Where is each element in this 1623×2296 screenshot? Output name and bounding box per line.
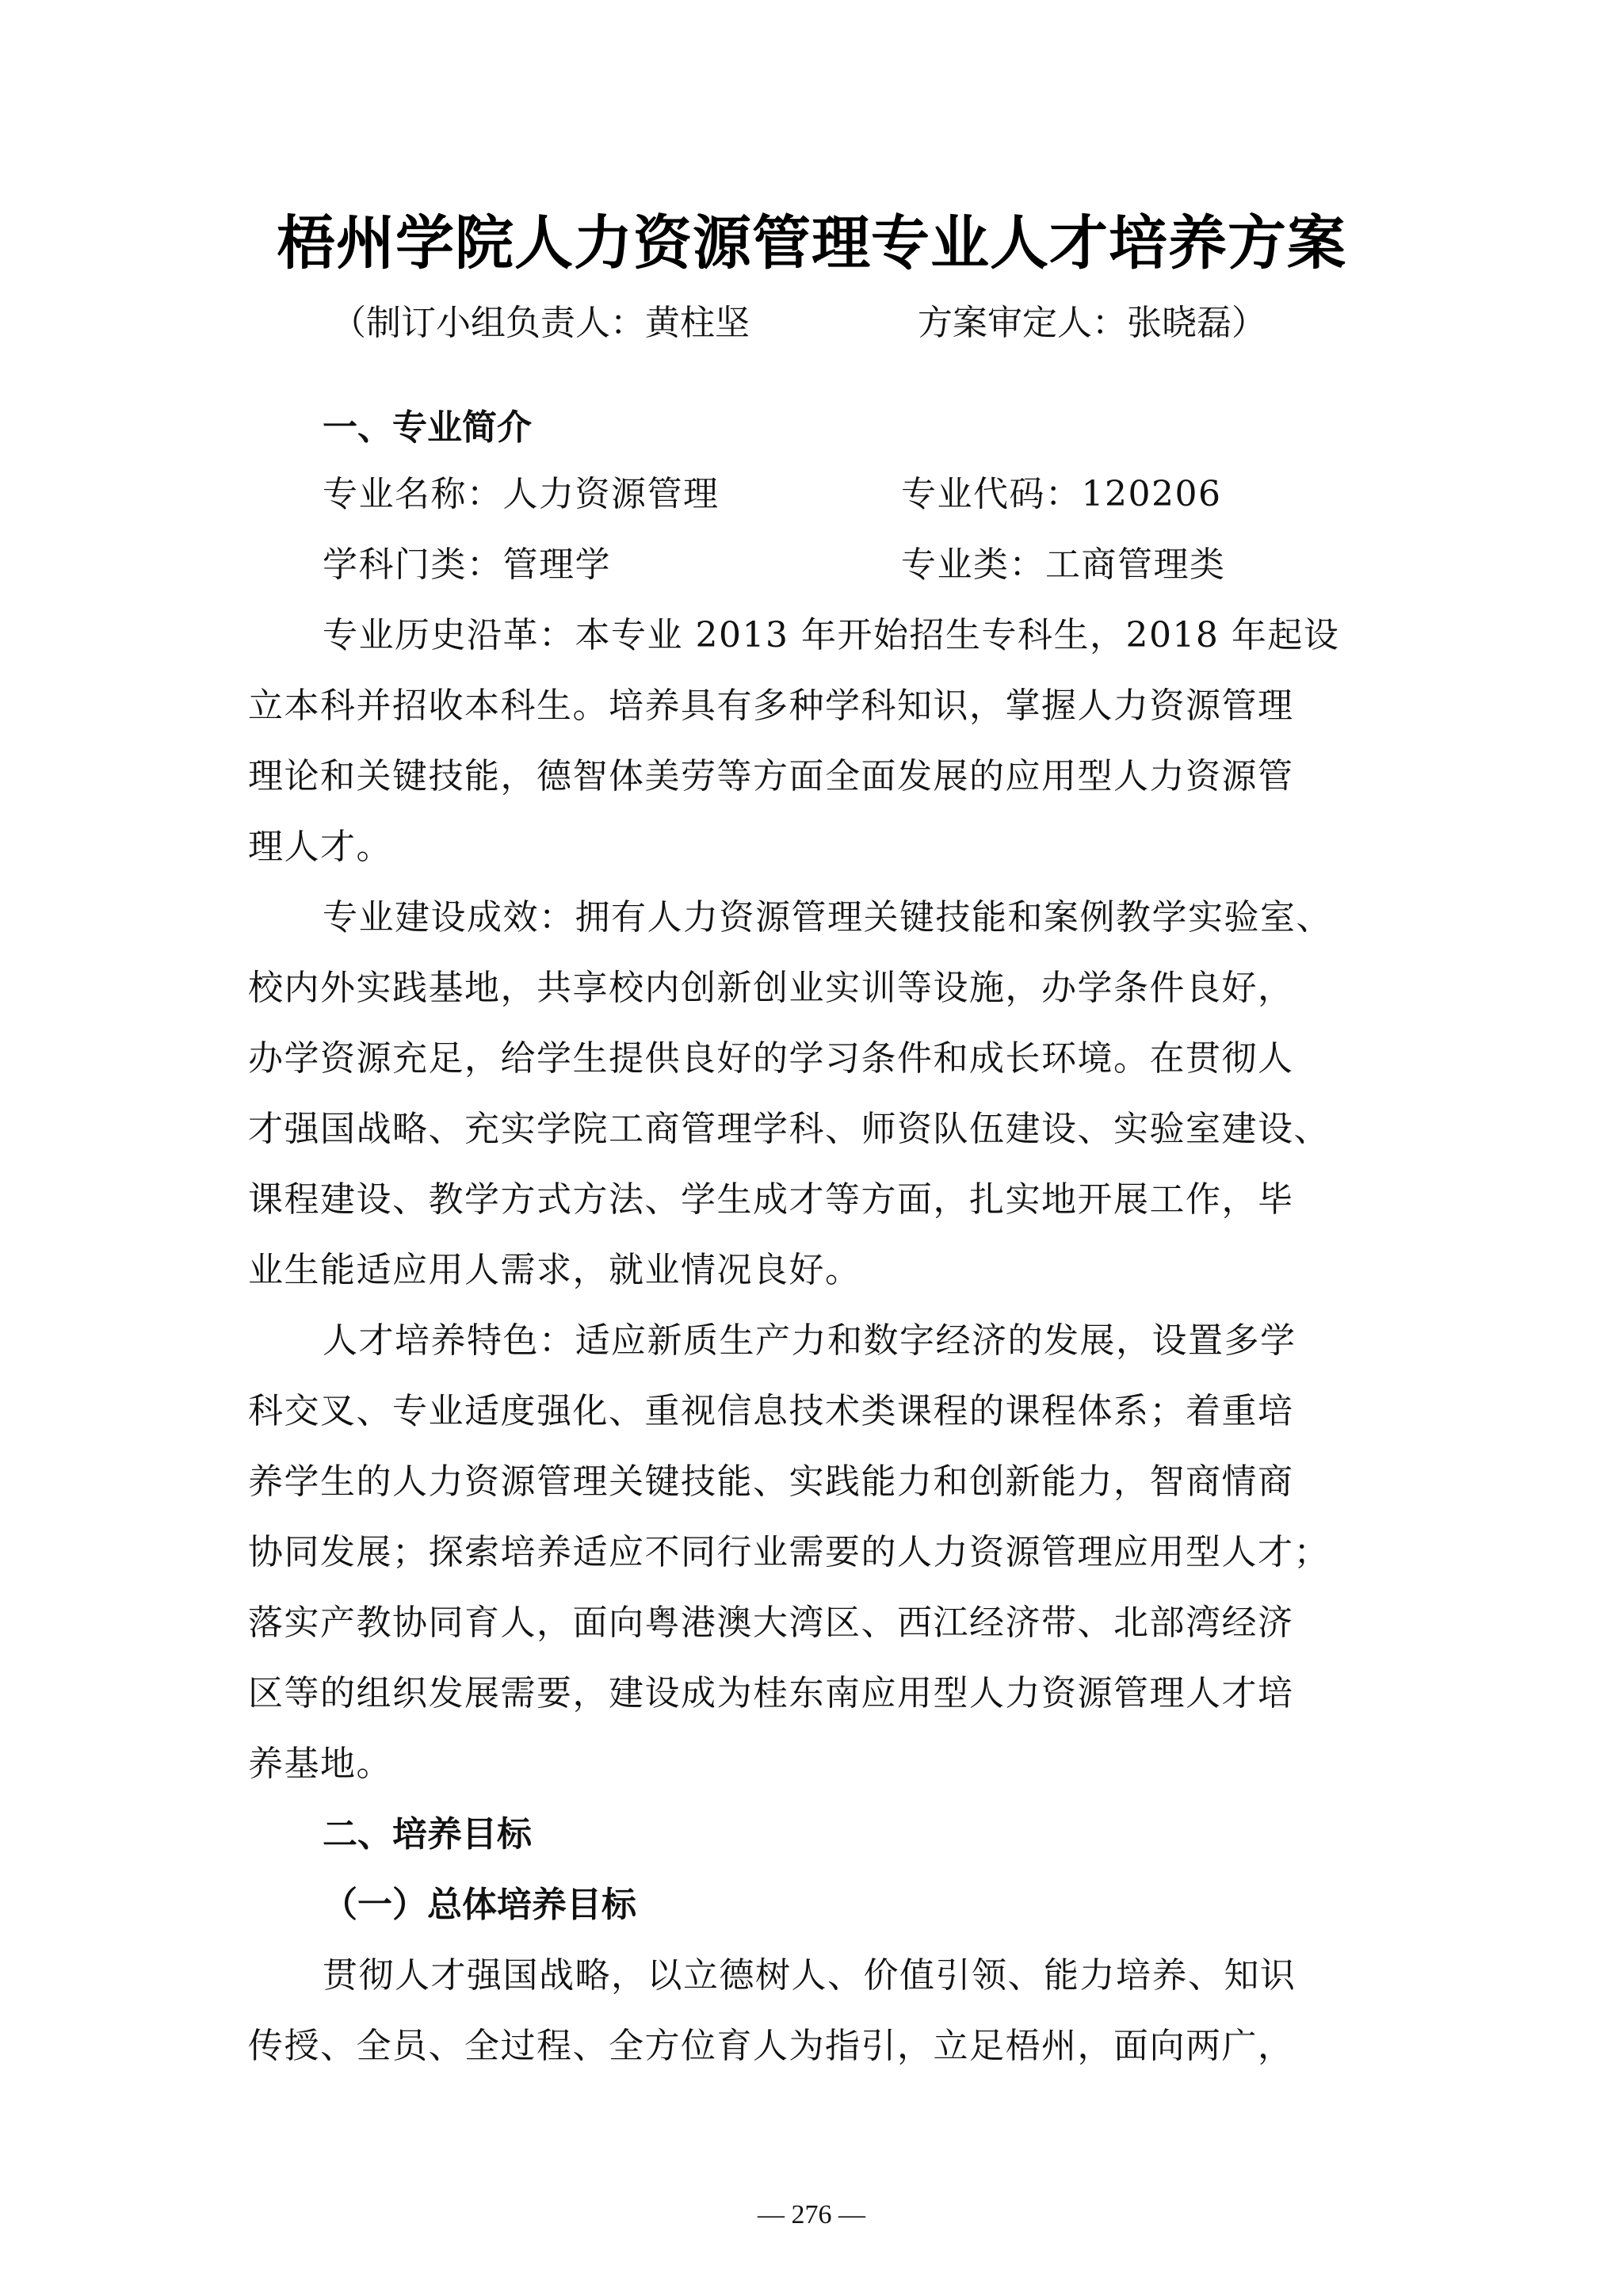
paragraph-achievement-line: 校内外实践基地，共享校内创新创业实训等设施，办学条件良好， [248,965,1294,1012]
document-title: 梧州学院人力资源管理专业人才培养方案 [0,208,1623,279]
paragraph-history-line: 理人才。 [248,823,392,871]
paragraph-goal-line: 传授、全员、全过程、全方位育人为指引，立足梧州，面向两广， [248,2023,1294,2070]
section-heading-goals: 二、培养目标 [323,1811,532,1859]
info-major-code: 专业代码：120206 [901,471,1221,518]
paragraph-feature-line: 养基地。 [248,1740,392,1788]
paragraph-history-line: 专业历史沿革：本专业 2013 年开始招生专科生，2018 年起设 [323,612,1339,659]
paragraph-achievement-line: 办学资源充足，给学生提供良好的学习条件和成长环境。在贯彻人 [248,1035,1294,1083]
byline-drafting-lead: （制订小组负责人：黄柱坚 [331,300,750,347]
info-major-name: 专业名称：人力资源管理 [323,471,720,518]
paragraph-history-line: 立本科并招收本科生。培养具有多种学科知识，掌握人力资源管理 [248,682,1294,730]
paragraph-feature-line: 区等的组织发展需要，建设成为桂东南应用型人力资源管理人才培 [248,1670,1294,1717]
paragraph-achievement-line: 业生能适应用人需求，就业情况良好。 [248,1247,861,1294]
info-discipline: 学科门类：管理学 [323,541,611,589]
paragraph-goal-line: 贯彻人才强国战略，以立德树人、价值引领、能力培养、知识 [323,1952,1296,2000]
paragraph-feature-line: 落实产教协同育人，面向粤港澳大湾区、西江经济带、北部湾经济 [248,1599,1294,1647]
sub-heading-overall-goal: （一）总体培养目标 [323,1881,636,1929]
paragraph-history-line: 理论和关键技能，德智体美劳等方面全面发展的应用型人力资源管 [248,753,1294,800]
paragraph-feature-line: 协同发展；探索培养适应不同行业需要的人力资源管理应用型人才； [248,1529,1330,1576]
paragraph-achievement-line: 专业建设成效：拥有人力资源管理关键技能和案例教学实验室、 [323,894,1332,942]
paragraph-achievement-line: 课程建设、教学方式方法、学生成才等方面，扎实地开展工作，毕 [248,1176,1294,1224]
document-page: 梧州学院人力资源管理专业人才培养方案 （制订小组负责人：黄柱坚 方案审定人：张晓… [0,0,1623,2296]
section-heading-intro: 一、专业简介 [323,404,532,452]
byline-approver: 方案审定人：张晓磊） [918,300,1266,347]
paragraph-feature-line: 养学生的人力资源管理关键技能、实践能力和创新能力，智商情商 [248,1458,1294,1506]
paragraph-feature-line: 人才培养特色：适应新质生产力和数字经济的发展，设置多学 [323,1317,1296,1365]
page-number: — 276 — [0,2195,1623,2235]
info-major-class: 专业类：工商管理类 [901,541,1226,589]
paragraph-feature-line: 科交叉、专业适度强化、重视信息技术类课程的课程体系；着重培 [248,1388,1294,1435]
paragraph-achievement-line: 才强国战略、充实学院工商管理学科、师资队伍建设、实验室建设、 [248,1106,1330,1153]
